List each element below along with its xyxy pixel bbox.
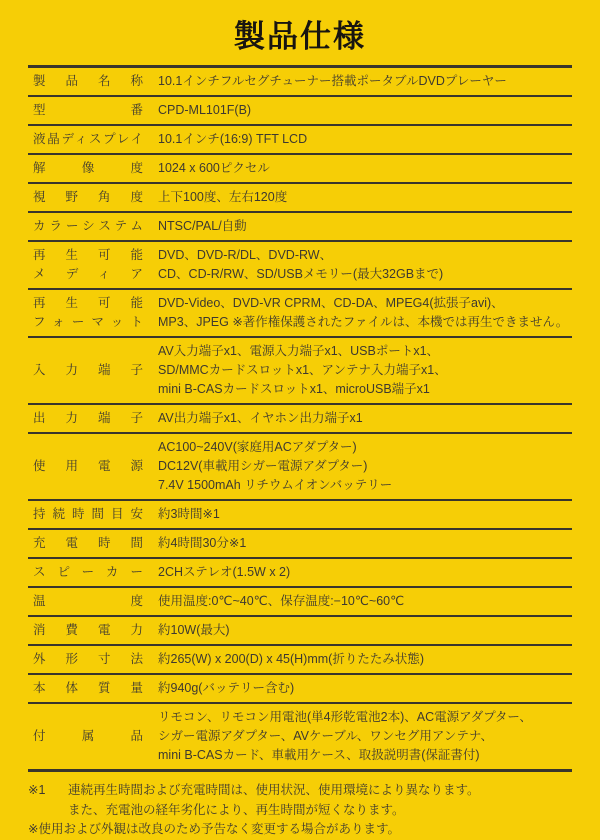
spec-row-playable-formats: 再生可能 フォーマット DVD-Video、DVD-VR CPRM、CD-DA、… xyxy=(28,288,572,336)
spec-value: 上下100度、左右120度 xyxy=(158,188,570,207)
spec-row-power-consumption: 消費電力 約10W(最大) xyxy=(28,615,572,644)
spec-label: 充電時間 xyxy=(33,534,143,553)
spec-row-product-name: 製品名称 10.1インチフルセグチューナー搭載ポータブルDVDプレーヤー xyxy=(28,68,572,95)
spec-row-charge-time: 充電時間 約4時間30分※1 xyxy=(28,528,572,557)
spec-sheet-page: 製品仕様 製品名称 10.1インチフルセグチューナー搭載ポータブルDVDプレーヤ… xyxy=(0,11,600,840)
spec-label: 解像度 xyxy=(33,159,143,178)
spec-row-weight: 本体質量 約940g(バッテリー含む) xyxy=(28,673,572,702)
spec-label: 製品名称 xyxy=(33,72,143,91)
spec-row-battery-duration: 持続時間目安 約3時間※1 xyxy=(28,499,572,528)
spec-value: NTSC/PAL/自動 xyxy=(158,217,570,236)
spec-label: スピーカー xyxy=(33,563,143,582)
spec-row-accessories: 付属品 リモコン、リモコン用電池(単4形乾電池2本)、AC電源アダプター、 シガ… xyxy=(28,702,572,769)
footnote-marker: ※ xyxy=(28,820,38,840)
spec-value: AV出力端子x1、イヤホン出力端子x1 xyxy=(158,409,570,428)
footnote-playtime-disclaimer: ※1 連続再生時間および充電時間は、使用状況、使用環境により異なります。 また、… xyxy=(28,781,572,820)
spec-label: 温度 xyxy=(33,592,143,611)
spec-label: 持続時間目安 xyxy=(33,505,143,524)
spec-row-speaker: スピーカー 2CHステレオ(1.5W x 2) xyxy=(28,557,572,586)
spec-label: 出力端子 xyxy=(33,409,143,428)
spec-value: 1024 x 600ピクセル xyxy=(158,159,570,178)
spec-label: 再生可能 フォーマット xyxy=(33,294,143,332)
spec-value: 約3時間※1 xyxy=(158,505,570,524)
footnote-marker: ※1 xyxy=(28,781,68,820)
footnote-text: 使用および外観は改良のため予告なく変更する場合があります。 xyxy=(38,820,400,840)
spec-value: 約4時間30分※1 xyxy=(158,534,570,553)
spec-label: 使用電源 xyxy=(33,457,143,476)
spec-value: 2CHステレオ(1.5W x 2) xyxy=(158,563,570,582)
spec-value: AV入力端子x1、電源入力端子x1、USBポートx1、 SD/MMCカードスロッ… xyxy=(158,342,570,399)
spec-label: 入力端子 xyxy=(33,361,143,380)
spec-value: DVD、DVD-R/DL、DVD-RW、 CD、CD-R/RW、SD/USBメモ… xyxy=(158,246,570,284)
page-title: 製品仕様 xyxy=(0,11,600,56)
spec-row-input-terminals: 入力端子 AV入力端子x1、電源入力端子x1、USBポートx1、 SD/MMCカ… xyxy=(28,336,572,403)
spec-label: 本体質量 xyxy=(33,679,143,698)
spec-row-temperature: 温度 使用温度:0℃~40℃、保存温度:−10℃~60℃ xyxy=(28,586,572,615)
spec-value: 10.1インチフルセグチューナー搭載ポータブルDVDプレーヤー xyxy=(158,72,570,91)
spec-value: 約265(W) x 200(D) x 45(H)mm(折りたたみ状態) xyxy=(158,650,570,669)
spec-row-dimensions: 外形寸法 約265(W) x 200(D) x 45(H)mm(折りたたみ状態) xyxy=(28,644,572,673)
spec-row-resolution: 解像度 1024 x 600ピクセル xyxy=(28,153,572,182)
spec-row-color-system: カラーシステム NTSC/PAL/自動 xyxy=(28,211,572,240)
spec-value: DVD-Video、DVD-VR CPRM、CD-DA、MPEG4(拡張子avi… xyxy=(158,294,570,332)
footnote-spec-change-disclaimer: ※ 使用および外観は改良のため予告なく変更する場合があります。 xyxy=(28,820,572,840)
spec-label: 付属品 xyxy=(33,727,143,746)
spec-value: 使用温度:0℃~40℃、保存温度:−10℃~60℃ xyxy=(158,592,570,611)
spec-row-power-source: 使用電源 AC100~240V(家庭用ACアダプター) DC12V(車載用シガー… xyxy=(28,432,572,499)
spec-value: AC100~240V(家庭用ACアダプター) DC12V(車載用シガー電源アダプ… xyxy=(158,438,570,495)
footnotes: ※1 連続再生時間および充電時間は、使用状況、使用環境により異なります。 また、… xyxy=(28,781,572,840)
spec-value: CPD-ML101F(B) xyxy=(158,101,570,120)
spec-value: 約940g(バッテリー含む) xyxy=(158,679,570,698)
spec-label: 液晶ディスプレイ xyxy=(33,130,143,149)
spec-label: 消費電力 xyxy=(33,621,143,640)
spec-label: 型番 xyxy=(33,101,143,120)
spec-row-lcd-display: 液晶ディスプレイ 10.1インチ(16:9) TFT LCD xyxy=(28,124,572,153)
spec-row-playable-media: 再生可能 メディア DVD、DVD-R/DL、DVD-RW、 CD、CD-R/R… xyxy=(28,240,572,288)
spec-label: 視野角度 xyxy=(33,188,143,207)
spec-value: リモコン、リモコン用電池(単4形乾電池2本)、AC電源アダプター、 シガー電源ア… xyxy=(158,708,570,765)
spec-table: 製品名称 10.1インチフルセグチューナー搭載ポータブルDVDプレーヤー 型番 … xyxy=(28,65,572,772)
spec-value: 10.1インチ(16:9) TFT LCD xyxy=(158,130,570,149)
spec-value: 約10W(最大) xyxy=(158,621,570,640)
spec-label: 再生可能 メディア xyxy=(33,246,143,284)
footnote-text: 連続再生時間および充電時間は、使用状況、使用環境により異なります。 また、充電池… xyxy=(68,781,480,820)
spec-row-model-number: 型番 CPD-ML101F(B) xyxy=(28,95,572,124)
spec-label: カラーシステム xyxy=(33,217,143,236)
spec-label: 外形寸法 xyxy=(33,650,143,669)
spec-row-output-terminals: 出力端子 AV出力端子x1、イヤホン出力端子x1 xyxy=(28,403,572,432)
spec-row-viewing-angle: 視野角度 上下100度、左右120度 xyxy=(28,182,572,211)
